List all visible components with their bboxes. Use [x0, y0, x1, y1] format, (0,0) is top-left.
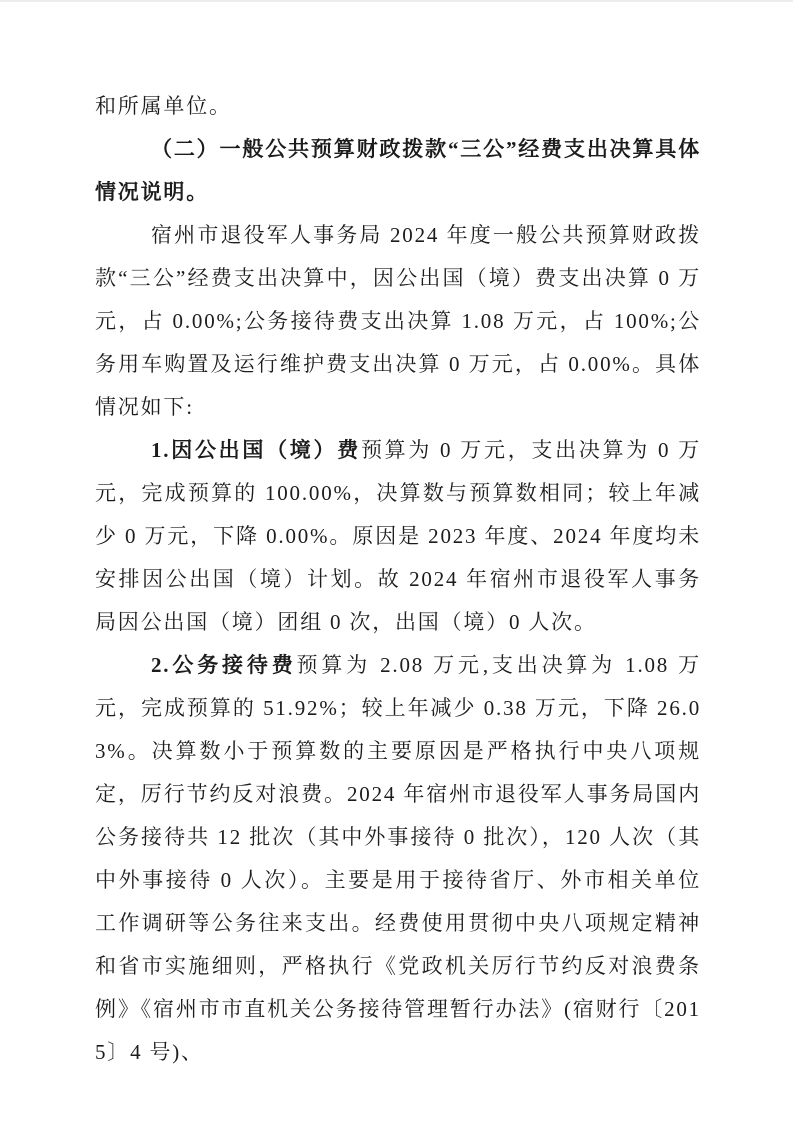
item-2-body: 预算为 2.08 万元,支出决算为 1.08 万元，完成预算的 51.92%；较…	[95, 653, 701, 1064]
section-heading: （二）一般公共预算财政拨款“三公”经费支出决算具体情况说明。	[95, 128, 701, 214]
item-1-body: 预算为 0 万元，支出决算为 0 万元，完成预算的 100.00%，决算数与预算…	[95, 438, 701, 634]
paragraph-overview: 宿州市退役军人事务局 2024 年度一般公共预算财政拨款“三公”经费支出决算中，…	[95, 214, 701, 429]
item-2-lead: 2.公务接待费	[151, 653, 297, 677]
item-1-lead: 1.因公出国（境）费	[151, 438, 361, 462]
paragraph-continuation: 和所属单位。	[95, 85, 701, 128]
page-top-edge	[0, 0, 793, 2]
document-content: 和所属单位。 （二）一般公共预算财政拨款“三公”经费支出决算具体情况说明。 宿州…	[95, 85, 701, 1074]
paragraph-item-1: 1.因公出国（境）费预算为 0 万元，支出决算为 0 万元，完成预算的 100.…	[95, 429, 701, 644]
paragraph-item-2: 2.公务接待费预算为 2.08 万元,支出决算为 1.08 万元，完成预算的 5…	[95, 644, 701, 1074]
